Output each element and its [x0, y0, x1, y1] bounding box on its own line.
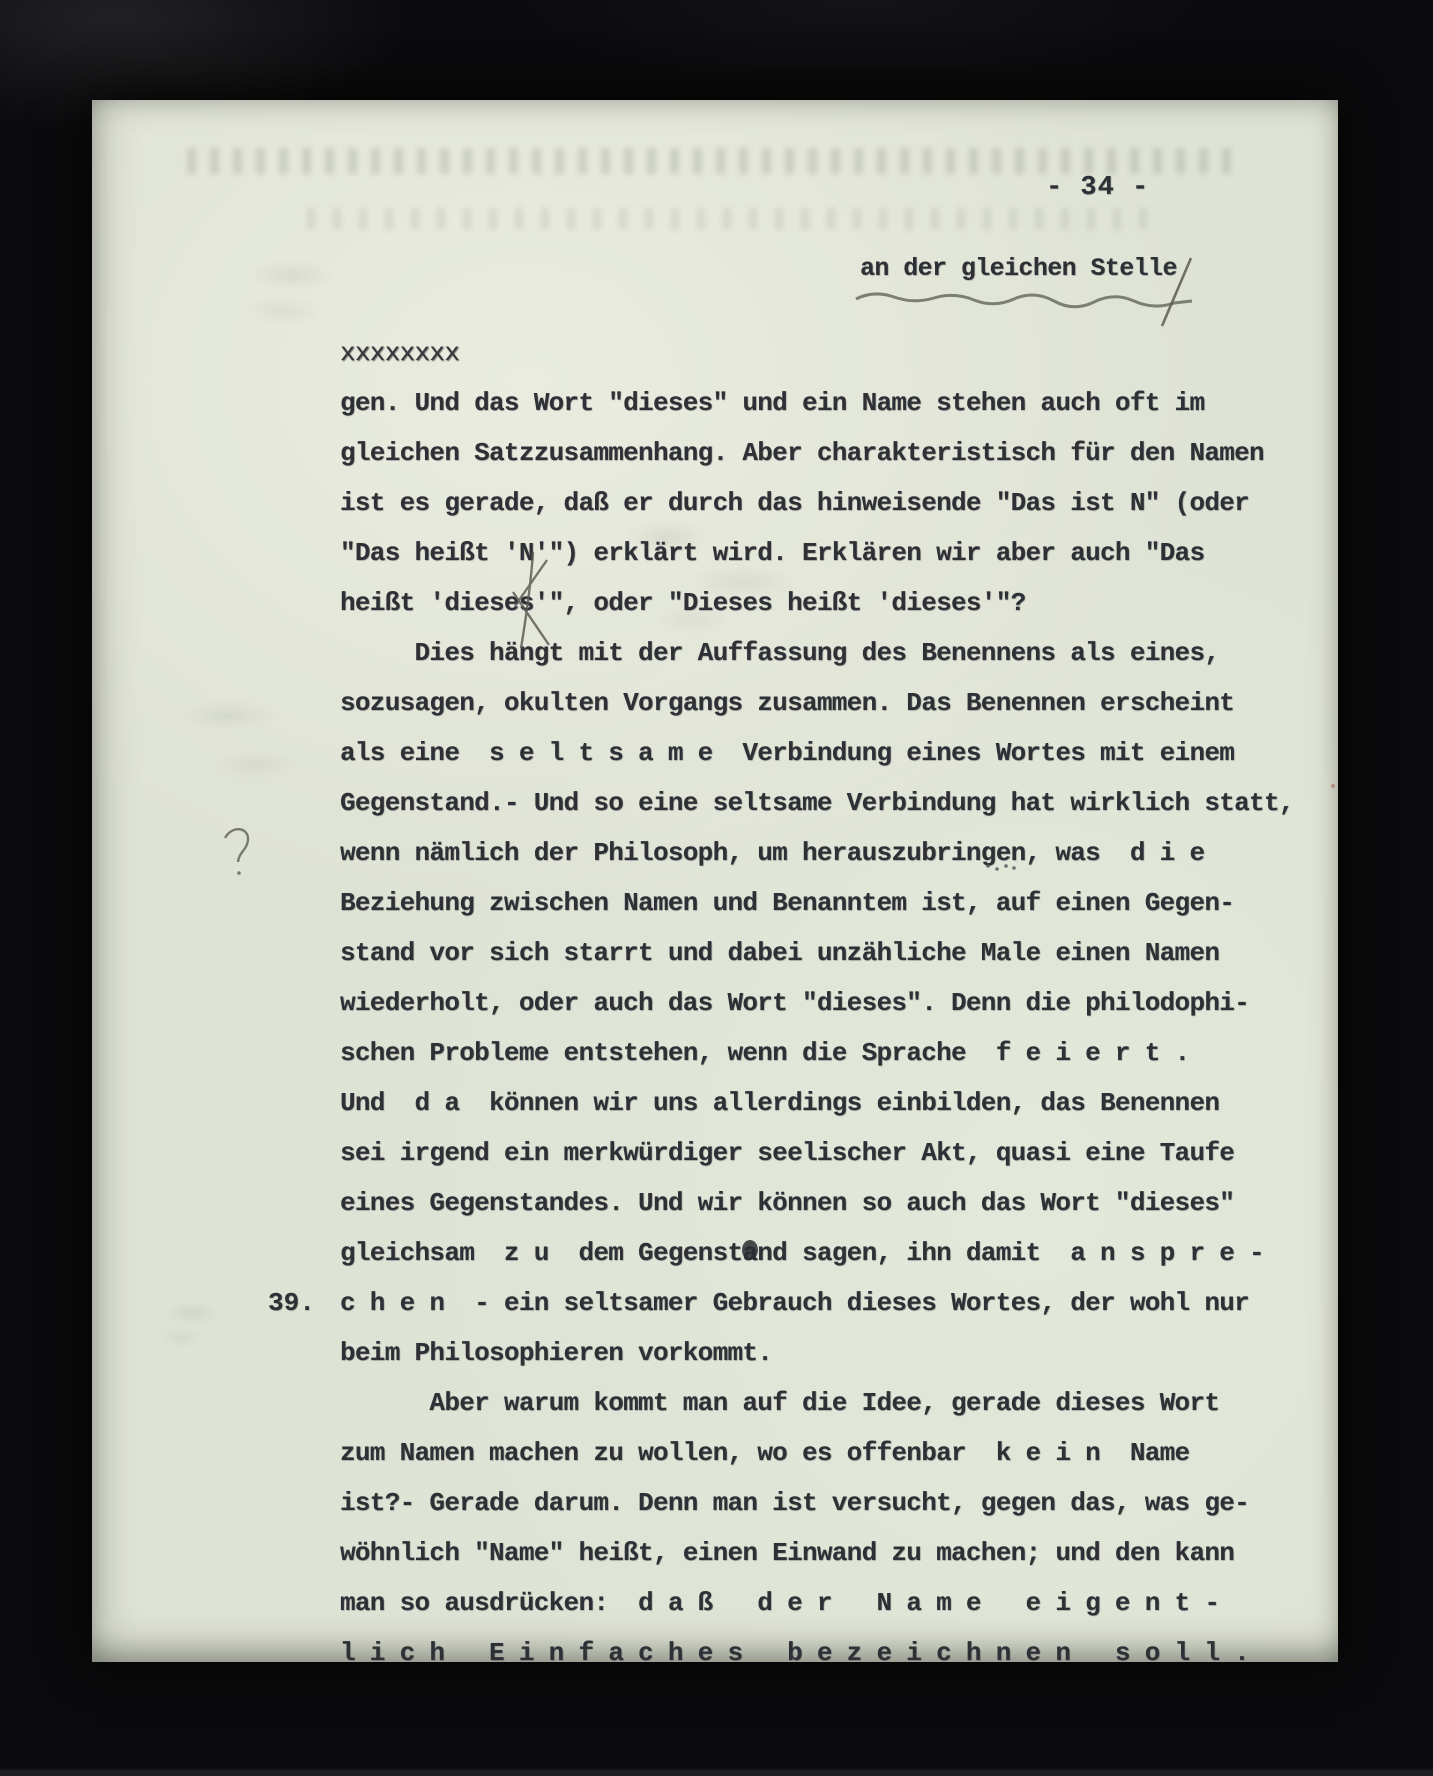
ink-bleedthrough — [137, 1285, 247, 1355]
scanned-typescript-page: { "document": { "kind": "typewritten man… — [0, 0, 1433, 1776]
typescript-line: wöhnlich "Name" heißt, einen Einwand zu … — [340, 1528, 1390, 1578]
typescript-body: gen. Und das Wort "dieses" und ein Name … — [340, 278, 1390, 1678]
typescript-line: beim Philosophieren vorkommt. — [340, 1328, 1390, 1378]
typescript-line: ist?- Gerade darum. Denn man ist versuch… — [340, 1478, 1390, 1528]
typescript-line: wiederholt, oder auch das Wort "dieses".… — [340, 978, 1390, 1028]
typescript-line: zum Namen machen zu wollen, wo es offenb… — [340, 1428, 1390, 1478]
typescript-line: Gegenstand.- Und so eine seltsame Verbin… — [340, 778, 1390, 828]
typescript-line: stand vor sich starrt und dabei unzählic… — [340, 928, 1390, 978]
typescript-line: wenn nämlich der Philosoph, um herauszub… — [340, 828, 1390, 878]
margin-section-number: 39. — [268, 1278, 315, 1328]
overtyped-crossout: xxxxxxxx — [340, 328, 459, 378]
typescript-line: als eine s e l t s a m e Verbindung eine… — [340, 728, 1390, 778]
typescript-line: Dies hängt mit der Auffassung des Benenn… — [340, 628, 1390, 678]
typescript-line: man so ausdrücken: d a ß d e r N a m e e… — [340, 1578, 1390, 1628]
typescript-line: eines Gegenstandes. Und wir können so au… — [340, 1178, 1390, 1228]
typescript-line: sei irgend ein merkwürdiger seelischer A… — [340, 1128, 1390, 1178]
typescript-line: c h e n - ein seltsamer Gebrauch dieses … — [340, 1278, 1390, 1328]
typescript-line: heißt 'dieses'", oder "Dieses heißt 'die… — [340, 578, 1390, 628]
typescript-line: Aber warum kommt man auf die Idee, gerad… — [340, 1378, 1390, 1428]
ink-bleedthrough — [152, 688, 342, 798]
page-number: - 34 - — [1046, 172, 1149, 204]
typescript-line: Beziehung zwischen Namen und Benanntem i… — [340, 878, 1390, 928]
typescript-line: Und d a können wir uns allerdings einbil… — [340, 1078, 1390, 1128]
typescript-line: gleichsam z u dem Gegenstand sagen, ihn … — [340, 1228, 1390, 1278]
typescript-line: sozusagen, okulten Vorgangs zusammen. Da… — [340, 678, 1390, 728]
typescript-line: schen Probleme entstehen, wenn die Sprac… — [340, 1028, 1390, 1078]
typescript-line: gen. Und das Wort "dieses" und ein Name … — [340, 378, 1390, 428]
typescript-line: "Das heißt 'N'") erklärt wird. Erklären … — [340, 528, 1390, 578]
ink-bleedthrough — [307, 208, 1157, 230]
ink-bleedthrough — [187, 148, 1242, 174]
typescript-line: gleichen Satzzusammenhang. Aber charakte… — [340, 428, 1390, 478]
typescript-line: ist es gerade, daß er durch das hinweise… — [340, 478, 1390, 528]
typescript-line: l i c h E i n f a c h e s b e z e i c h … — [340, 1628, 1390, 1678]
